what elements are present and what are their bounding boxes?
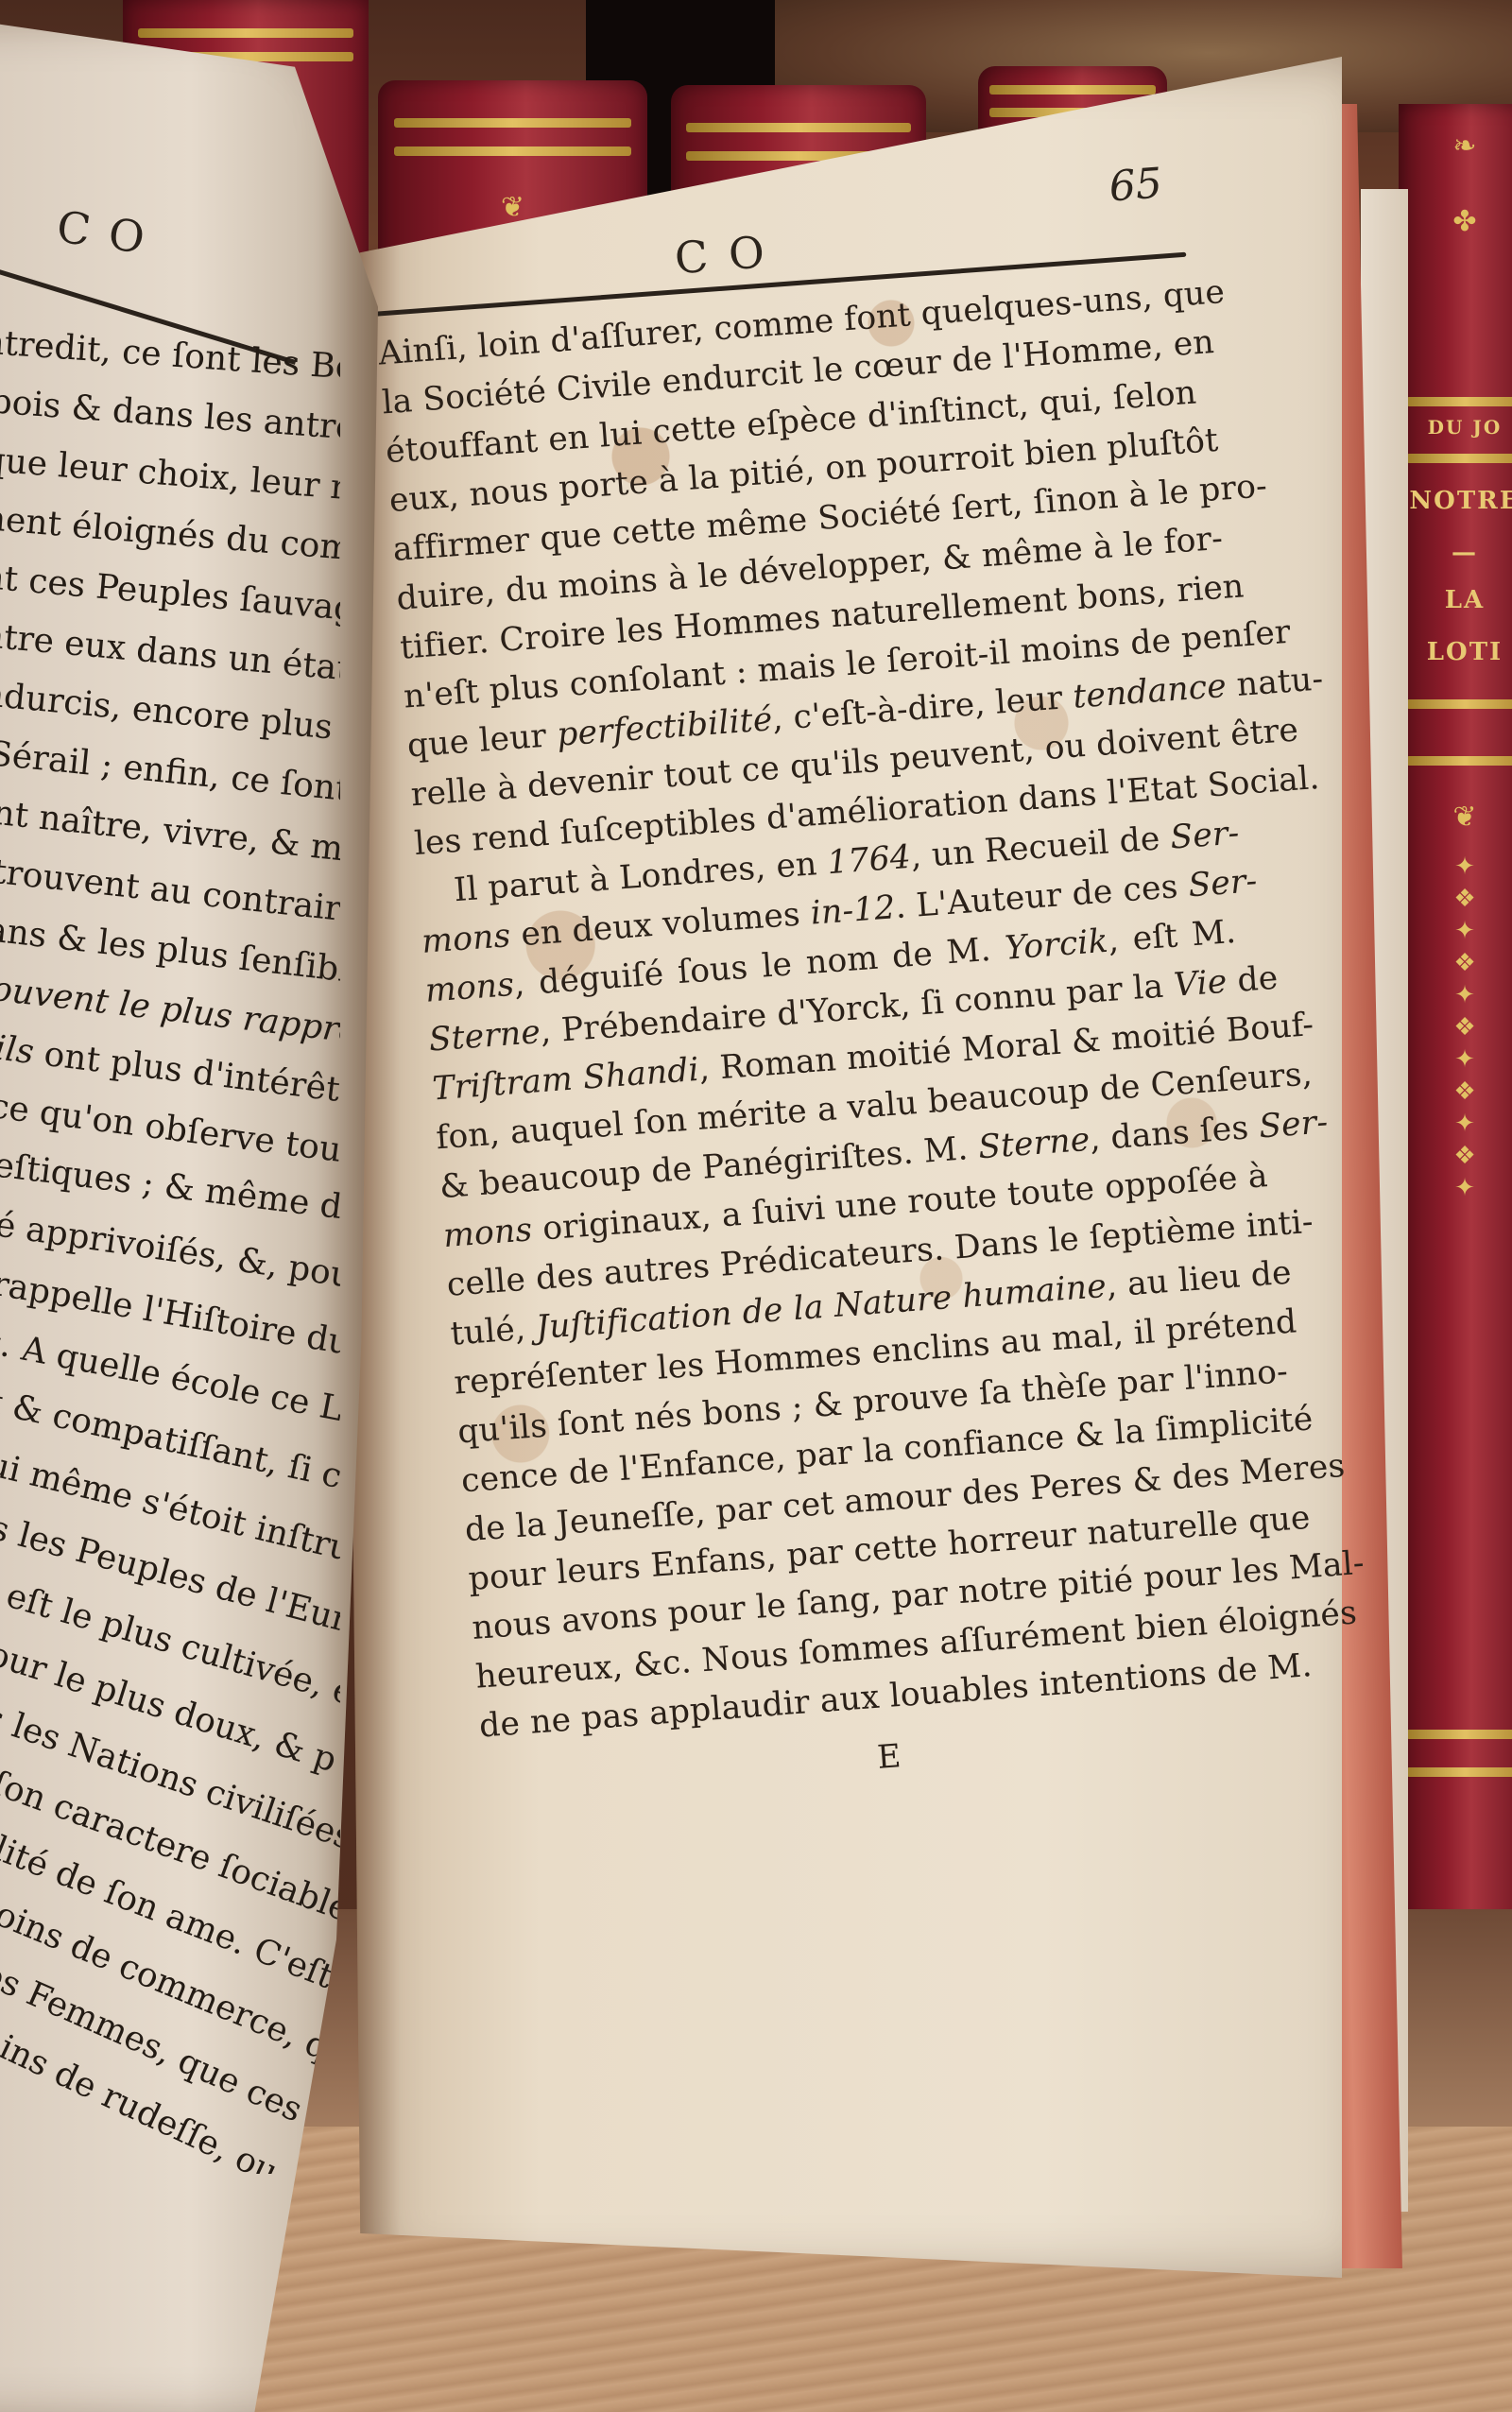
background-book-spine-titled: ❧ ✤ DU JO NOTRE — LA LOTI ❦ ✦ ❖ ✦ ❖ ✦ ❖ …: [1399, 104, 1512, 2089]
spine-partial-text: DU JO: [1399, 416, 1512, 439]
text-line: s bois & dans les antres éc: [0, 380, 340, 453]
text-line: , que leur choix, leur miſa: [0, 439, 340, 512]
spine-title-line-1: NOTRE: [1399, 487, 1512, 515]
right-page-body: Ainſi, loin d'aſſurer, comme font quelqu…: [377, 270, 1292, 1751]
page-number: 65: [1108, 159, 1164, 211]
left-running-head: CO: [54, 200, 166, 266]
left-page-body: ontredit, ce ſont les Bêtess bois & dans…: [0, 321, 340, 2174]
right-page-text: CO 65 Ainſi, loin d'aſſurer, comme font …: [369, 158, 1296, 1805]
spine-title-line-3: LA: [1399, 586, 1512, 614]
running-head: CO: [673, 225, 787, 284]
text-line: ontredit, ce ſont les Bêtes: [0, 321, 340, 391]
spine-title-line-2: —: [1399, 539, 1512, 567]
spine-title-line-4: LOTI: [1399, 638, 1512, 666]
